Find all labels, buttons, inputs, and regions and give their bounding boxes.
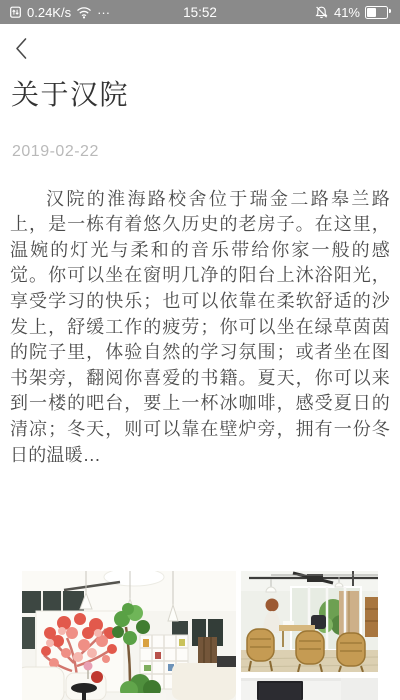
wifi-icon: [76, 6, 92, 19]
mute-bell-icon: [314, 5, 329, 19]
battery-percent: 41%: [334, 5, 360, 20]
mobile-data-icon: [9, 5, 22, 19]
back-chevron-icon: [14, 37, 28, 60]
lounge-photo-illustration: [22, 571, 236, 700]
study-room-photo-illustration: [241, 571, 378, 672]
status-left-group: 0.24K/s ···: [9, 5, 110, 20]
status-more-dots: ···: [97, 5, 110, 20]
battery-icon: [365, 6, 388, 19]
battery-fill: [367, 8, 376, 17]
photo-study-room[interactable]: [241, 571, 378, 672]
article-page: 关于汉院 2019-02-22 汉院的淮海路校舍位于瑞金二路皋兰路上，是一栋有着…: [0, 24, 400, 468]
gallery-right-column: [241, 571, 378, 700]
back-button[interactable]: [12, 35, 30, 62]
tv-wall-photo-illustration: [241, 678, 378, 700]
page-title: 关于汉院: [11, 78, 390, 112]
clock: 15:52: [183, 5, 217, 20]
photo-tv-wall[interactable]: [241, 678, 378, 700]
photo-gallery: [22, 571, 378, 700]
article-body: 汉院的淮海路校舍位于瑞金二路皋兰路上，是一栋有着悠久历史的老房子。在这里，温婉的…: [10, 187, 390, 469]
article-date: 2019-02-22: [12, 143, 390, 161]
photo-lounge-red-tree[interactable]: [22, 571, 236, 700]
status-right-group: 41%: [314, 5, 391, 20]
status-bar: 0.24K/s ··· 15:52 41%: [0, 0, 400, 24]
network-speed: 0.24K/s: [27, 5, 71, 20]
